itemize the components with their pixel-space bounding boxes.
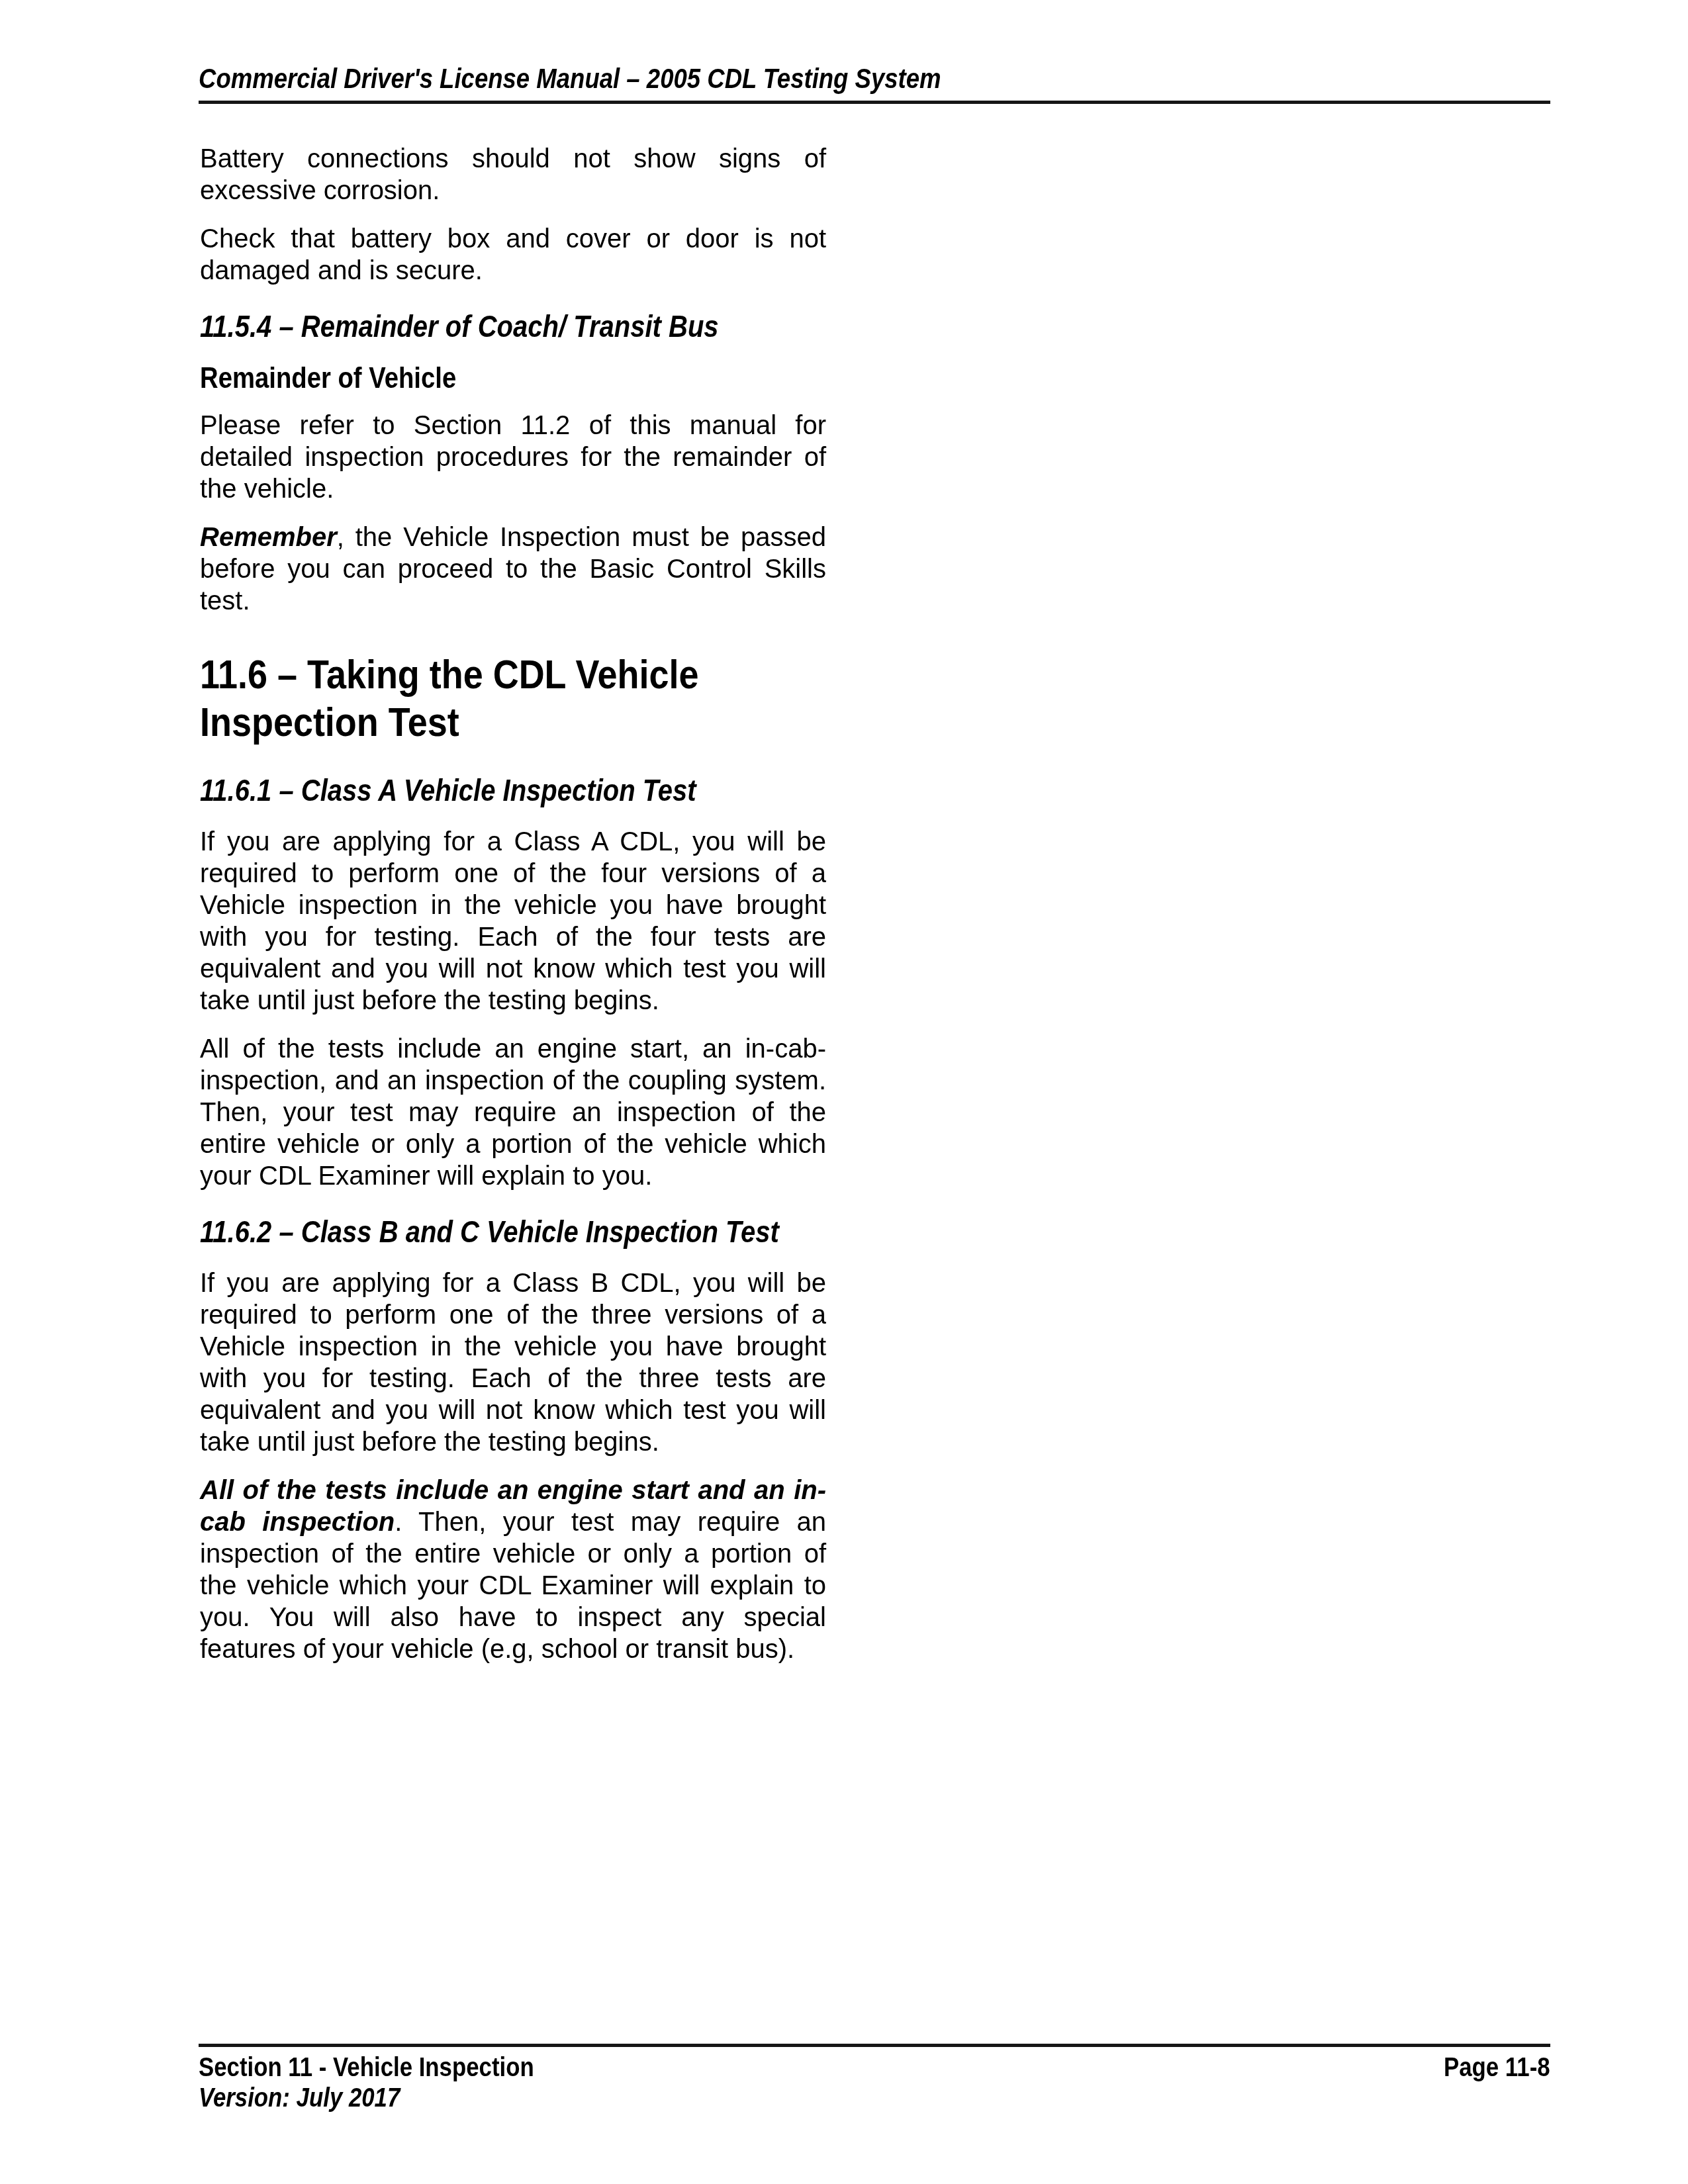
footer-version: Version: July 2017 <box>199 2083 1550 2113</box>
heading-11-6: 11.6 – Taking the CDL Vehicle Inspection… <box>200 651 826 747</box>
heading-11-6-2-text: 11.6.2 – Class B and C Vehicle Inspectio… <box>200 1214 779 1249</box>
footer-page-number: Page 11-8 <box>1444 2052 1550 2083</box>
subheading-remainder-of-vehicle: Remainder of Vehicle <box>200 362 826 395</box>
paragraph-battery-box: Check that battery box and cover or door… <box>200 223 826 287</box>
heading-11-5-4: 11.5.4 – Remainder of Coach/ Transit Bus <box>200 309 826 343</box>
page-footer: Section 11 - Vehicle Inspection Page 11-… <box>199 2044 1550 2113</box>
heading-11-6-line1: 11.6 – Taking the CDL Vehicle <box>200 651 698 699</box>
paragraph-class-a: If you are applying for a Class A CDL, y… <box>200 826 826 1017</box>
heading-11-6-1: 11.6.1 – Class A Vehicle Inspection Test <box>200 773 826 807</box>
paragraph-battery-connections: Battery connections should not show sign… <box>200 143 826 206</box>
page-header: Commercial Driver's License Manual – 200… <box>199 64 1550 104</box>
heading-11-6-2: 11.6.2 – Class B and C Vehicle Inspectio… <box>200 1214 826 1249</box>
footer-version-text: Version: July 2017 <box>199 2083 400 2113</box>
heading-11-6-line2: Inspection Test <box>200 699 459 747</box>
paragraph-please-refer: Please refer to Section 11.2 of this man… <box>200 410 826 505</box>
remember-lead: Remember <box>200 523 337 552</box>
manual-page: Commercial Driver's License Manual – 200… <box>0 0 1688 2184</box>
heading-11-5-4-text: 11.5.4 – Remainder of Coach/ Transit Bus <box>200 309 719 343</box>
paragraph-tests-class-a: All of the tests include an engine start… <box>200 1033 826 1192</box>
body-text-column: Battery connections should not show sign… <box>200 143 826 1682</box>
paragraph-remember: Remember, the Vehicle Inspection must be… <box>200 522 826 617</box>
footer-row: Section 11 - Vehicle Inspection Page 11-… <box>199 2052 1550 2083</box>
footer-section-label: Section 11 - Vehicle Inspection <box>199 2052 534 2083</box>
header-title-text: Commercial Driver's License Manual – 200… <box>199 64 941 94</box>
paragraph-tests-class-b: All of the tests include an engine start… <box>200 1475 826 1665</box>
heading-11-6-1-text: 11.6.1 – Class A Vehicle Inspection Test <box>200 773 696 807</box>
subheading-remainder-text: Remainder of Vehicle <box>200 362 456 395</box>
header-title: Commercial Driver's License Manual – 200… <box>199 64 1550 94</box>
paragraph-class-b: If you are applying for a Class B CDL, y… <box>200 1267 826 1458</box>
